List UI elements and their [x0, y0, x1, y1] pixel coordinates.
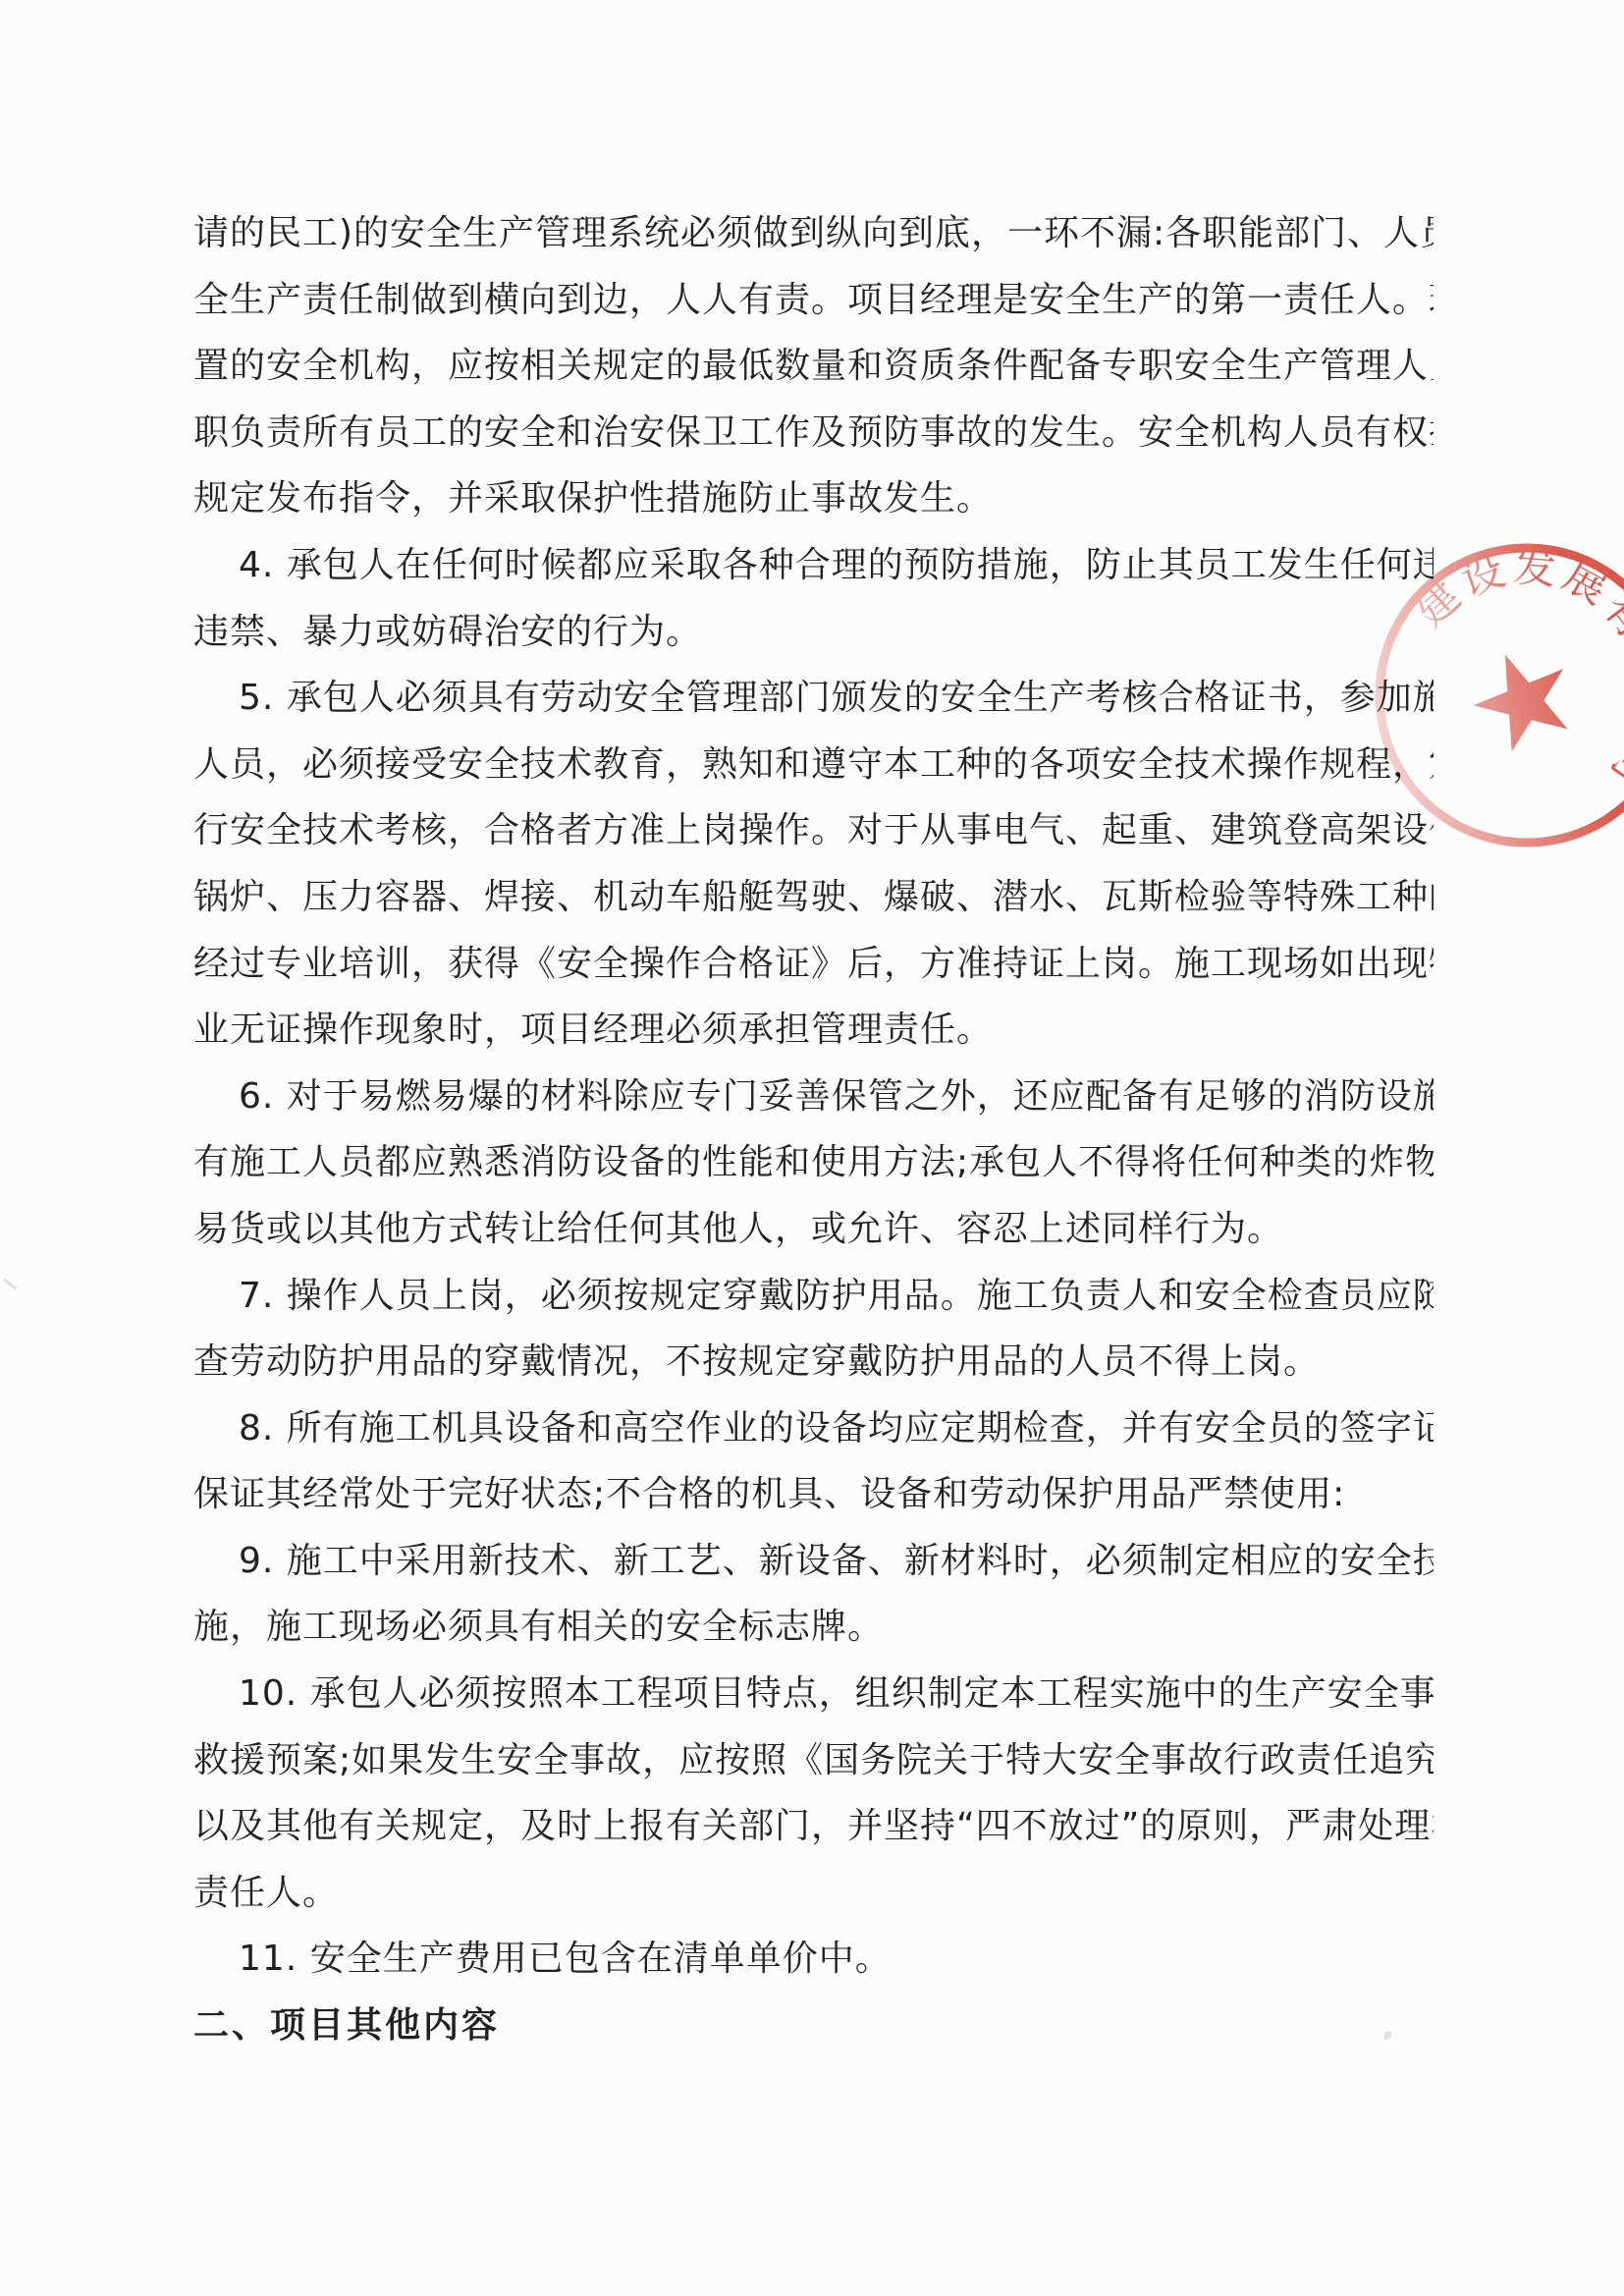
document-line: 施，施工现场必须具有相关的安全标志牌。 [193, 1594, 1434, 1661]
document-body: 请的民工)的安全生产管理系统必须做到纵向到底，一环不漏:各职能部门、人员的安 全… [193, 200, 1434, 2059]
document-line-item-9: 9. 施工中采用新技术、新工艺、新设备、新材料时，必须制定相应的安全技术措 [193, 1528, 1434, 1595]
document-line: 全生产责任制做到横向到边，人人有责。项目经理是安全生产的第一责任人。现场设 [193, 267, 1434, 334]
document-line: 业无证操作现象时，项目经理必须承担管理责任。 [193, 997, 1434, 1064]
document-line: 救援预案;如果发生安全事故，应按照《国务院关于特大安全事故行政责任追究的规定》 [193, 1727, 1434, 1794]
scanned-document-page: 请的民工)的安全生产管理系统必须做到纵向到底，一环不漏:各职能部门、人员的安 全… [0, 0, 1624, 2296]
document-line: 有施工人员都应熟悉消防设备的性能和使用方法;承包人不得将任何种类的炸物给予、 [193, 1129, 1434, 1196]
document-line: 经过专业培训，获得《安全操作合格证》后，方准持证上岗。施工现场如出现特种作 [193, 931, 1434, 998]
document-line: 置的安全机构，应按相关规定的最低数量和资质条件配备专职安全生产管理人员，专 [193, 333, 1434, 400]
document-line: 以及其他有关规定，及时上报有关部门，并坚持“四不放过”的原则，严肃处理相关 [193, 1793, 1434, 1860]
document-line-item-7: 7. 操作人员上岗，必须按规定穿戴防护用品。施工负责人和安全检查员应随时检 [193, 1263, 1434, 1330]
document-line: 保证其经常处于完好状态;不合格的机具、设备和劳动保护用品严禁使用: [193, 1461, 1434, 1528]
document-line: 职负责所有员工的安全和治安保卫工作及预防事故的发生。安全机构人员有权按有关 [193, 400, 1434, 466]
document-line-item-8: 8. 所有施工机具设备和高空作业的设备均应定期检查，并有安全员的签字记录， [193, 1395, 1434, 1462]
star-icon [1460, 636, 1585, 758]
document-line-item-11: 11. 安全生产费用已包含在清单单价中。 [193, 1926, 1434, 1993]
document-line: 锅炉、压力容器、焊接、机动车船艇驾驶、爆破、潜水、瓦斯检验等特殊工种的人员， [193, 864, 1434, 931]
document-line: 查劳动防护用品的穿戴情况，不按规定穿戴防护用品的人员不得上岗。 [193, 1329, 1434, 1395]
document-line-item-10: 10. 承包人必须按照本工程项目特点，组织制定本工程实施中的生产安全事故应急 [193, 1661, 1434, 1727]
document-line: 请的民工)的安全生产管理系统必须做到纵向到底，一环不漏:各职能部门、人员的安 [193, 200, 1434, 267]
document-line: 违禁、暴力或妨碍治安的行为。 [193, 599, 1434, 666]
scan-artifact [3, 1278, 17, 1289]
document-line: 易货或以其他方式转让给任何其他人，或允许、容忍上述同样行为。 [193, 1196, 1434, 1263]
document-line-item-4: 4. 承包人在任何时候都应采取各种合理的预防措施，防止其员工发生任何违法、 [193, 532, 1434, 599]
document-line: 人员，必须接受安全技术教育，熟知和遵守本工种的各项安全技术操作规程，定期进 [193, 732, 1434, 798]
document-line-item-5: 5. 承包人必须具有劳动安全管理部门颁发的安全生产考核合格证书，参加施工的 [193, 665, 1434, 732]
document-line: 行安全技术考核，合格者方准上岗操作。对于从事电气、起重、建筑登高架设作业、 [193, 797, 1434, 864]
document-line: 规定发布指令，并采取保护性措施防止事故发生。 [193, 465, 1434, 532]
company-seal-stamp: 建设发展有限公司 [1355, 519, 1624, 892]
section-heading: 二、项目其他内容 [193, 1993, 1434, 2059]
document-line-item-6: 6. 对于易燃易爆的材料除应专门妥善保管之外，还应配备有足够的消防设施，所 [193, 1064, 1434, 1130]
document-line: 责任人。 [193, 1860, 1434, 1927]
